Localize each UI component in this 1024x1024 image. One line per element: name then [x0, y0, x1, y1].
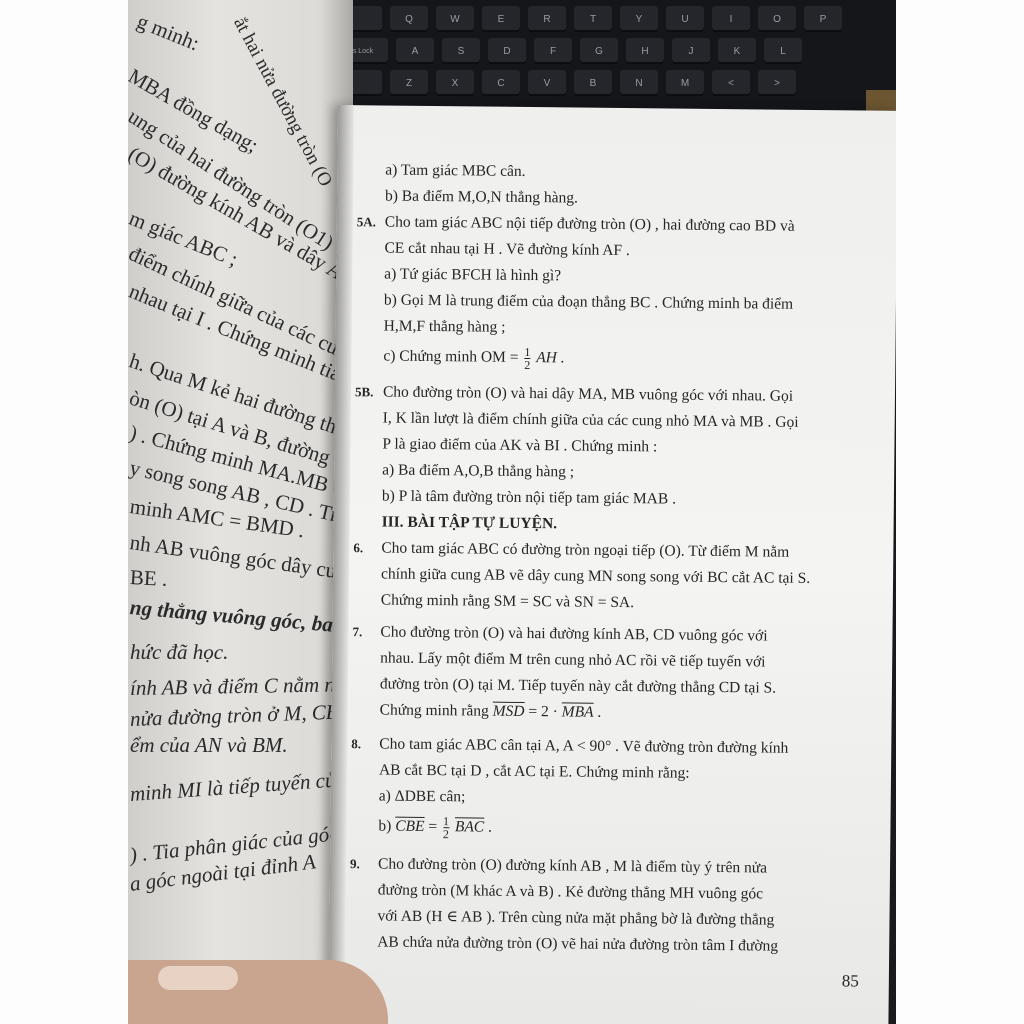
exercise-part-a: a) ΔDBE cân; — [379, 783, 871, 814]
key: G — [580, 38, 618, 64]
key: M — [666, 70, 704, 96]
equals-two-times: = 2 · — [528, 703, 558, 720]
exercise-5b: 5B. Cho đường tròn (O) và hai dây MA, MB… — [354, 379, 875, 514]
exercise-number: 7. — [352, 619, 362, 645]
angle-bac: BAC — [455, 818, 484, 835]
page-content: a) Tam giác MBC cân. b) Ba điểm M,O,N th… — [349, 157, 877, 960]
key: S — [442, 38, 480, 64]
key: Q — [390, 6, 428, 32]
key: T — [574, 6, 612, 32]
left-page-line: ểm của AN và BM. — [130, 733, 288, 758]
exercise-8: 8. Cho tam giác ABC cân tại A, A < 90° .… — [350, 731, 871, 844]
textbook-photo: Tab Q W E R T Y U I O P Caps Lock A S D … — [128, 0, 896, 1024]
key: V — [528, 70, 566, 96]
key: L — [764, 38, 802, 64]
fraction-one-half: 12 — [443, 815, 449, 840]
left-page: ắt hai nửa đường tròn (O g minh: MBA đồn… — [128, 0, 353, 985]
exercise-number: 5B. — [355, 379, 374, 405]
exercise-number: 6. — [353, 535, 363, 561]
key: > — [758, 70, 796, 96]
key: E — [482, 6, 520, 32]
part-c-math: AH . — [536, 349, 565, 366]
fraction-one-half: 12 — [524, 346, 530, 371]
exercise-text: AB chứa nửa đường tròn (O) vẽ hai nửa đư… — [377, 929, 869, 960]
period: . — [597, 704, 601, 721]
keyboard-row-2: Caps Lock A S D F G H J K L — [334, 38, 802, 68]
left-page-line: ắt hai nửa đường tròn (O — [228, 14, 336, 191]
key: O — [758, 6, 796, 32]
key: C — [482, 70, 520, 96]
left-page-line: hức đã học. — [130, 640, 228, 665]
keyboard-row-3: Shift Z X C V B N M < > — [328, 70, 796, 100]
exercise-conclusion: Chứng minh rằng MSD = 2 · MBA . — [380, 697, 872, 728]
period: . — [488, 819, 492, 836]
left-page-line: g minh: — [133, 9, 202, 56]
denominator: 2 — [524, 359, 530, 371]
part-c-text: c) Chứng minh OM = — [383, 347, 518, 365]
key: F — [534, 38, 572, 64]
key: U — [666, 6, 704, 32]
left-page-line: BE . — [129, 565, 168, 592]
equals-sign: = — [428, 818, 437, 835]
part-label: b) — [378, 817, 391, 834]
keyboard-row-1: Tab Q W E R T Y U I O P — [328, 6, 842, 36]
key: < — [712, 70, 750, 96]
denominator: 2 — [443, 828, 449, 840]
exercise-5a: 5A. Cho tam giác ABC nội tiếp đường tròn… — [355, 209, 877, 374]
angle-msd: MSD — [493, 703, 525, 720]
exercise-number: 9. — [350, 851, 360, 877]
key: D — [488, 38, 526, 64]
exercise-part-c: c) Chứng minh OM = 12 AH . — [383, 343, 875, 374]
exercise-7: 7. Cho đường tròn (O) và hai đường kính … — [352, 619, 873, 728]
conclusion-text: Chứng minh rằng — [380, 701, 489, 719]
key: Y — [620, 6, 658, 32]
key: W — [436, 6, 474, 32]
key: J — [672, 38, 710, 64]
key: I — [712, 6, 750, 32]
page-number: 85 — [842, 971, 859, 991]
angle-cbe: CBE — [395, 818, 424, 835]
exercise-number: 5A. — [357, 209, 376, 235]
exercise-text: Chứng minh rằng SM = SC và SN = SA. — [381, 587, 873, 618]
exercise-number: 8. — [351, 731, 361, 757]
left-page-line: minh MI là tiếp tuyến của — [129, 767, 347, 807]
key: N — [620, 70, 658, 96]
right-page: a) Tam giác MBC cân. b) Ba điểm M,O,N th… — [328, 105, 896, 1024]
key: H — [626, 38, 664, 64]
exercise-6: 6. Cho tam giác ABC có đường tròn ngoại … — [353, 535, 874, 618]
key: K — [718, 38, 756, 64]
key: X — [436, 70, 474, 96]
exercise-part-b: H,M,F thẳng hàng ; — [384, 313, 876, 344]
key: Z — [390, 70, 428, 96]
exercise-9: 9. Cho đường tròn (O) đường kính AB , M … — [349, 851, 870, 960]
angle-mba: MBA — [562, 703, 594, 720]
key: R — [528, 6, 566, 32]
exercise-part-b: b) CBE = 12 BAC . — [378, 813, 870, 844]
exercise-part-b: b) P là tâm đường tròn nội tiếp tam giác… — [382, 483, 874, 514]
key: B — [574, 70, 612, 96]
fingernail — [158, 966, 238, 990]
key: A — [396, 38, 434, 64]
key: P — [804, 6, 842, 32]
